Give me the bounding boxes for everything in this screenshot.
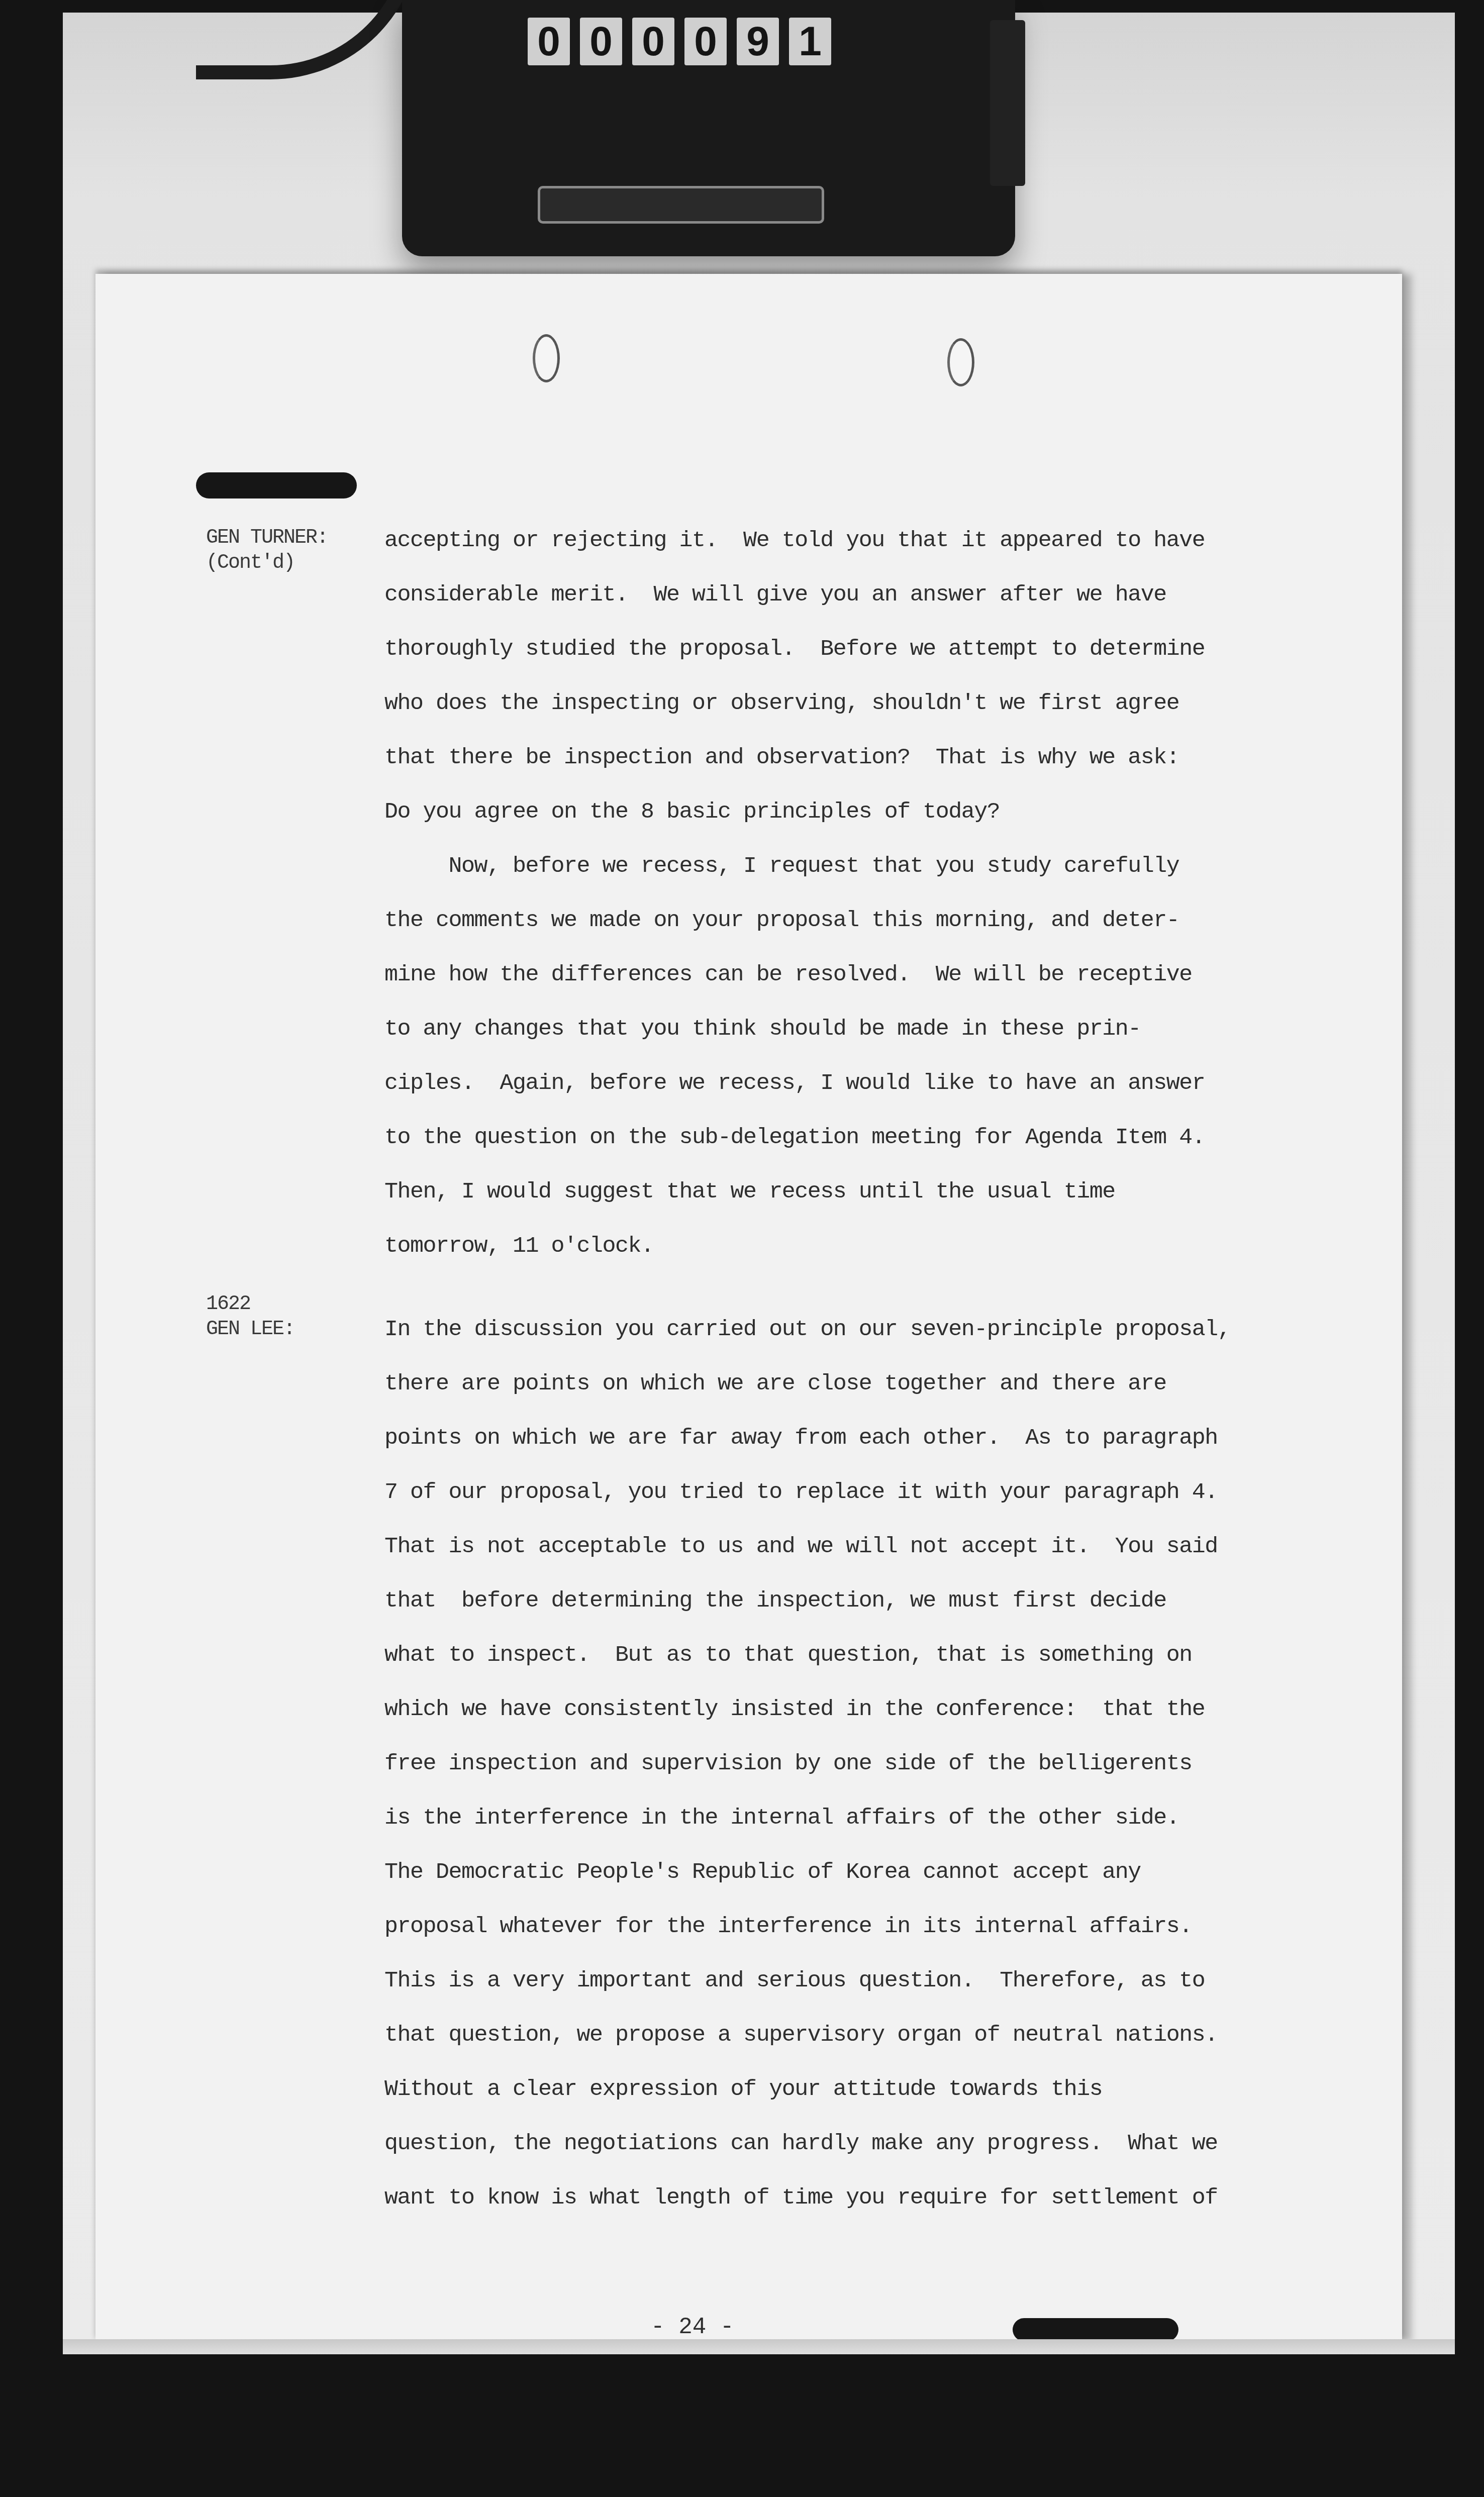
- timestamp-label: 1622: [206, 1291, 250, 1318]
- punch-hole-icon: [947, 338, 974, 386]
- text-line: tomorrow, 11 o'clock.: [384, 1233, 654, 1259]
- text-line: The Democratic People's Republic of Kore…: [384, 1859, 1141, 1885]
- document-page: GEN TURNER: (Cont'd) accepting or reject…: [95, 274, 1402, 2342]
- text-line: accepting or rejecting it. We told you t…: [384, 528, 1205, 553]
- speaker-label-lee: GEN LEE:: [206, 1317, 294, 1343]
- text-line: considerable merit. We will give you an …: [384, 582, 1166, 608]
- counter-digit: 9: [737, 18, 779, 65]
- page-bottom-shadow: [63, 2339, 1455, 2354]
- text-line: mine how the differences can be resolved…: [384, 962, 1192, 987]
- text-line: that before determining the inspection, …: [384, 1588, 1166, 1614]
- text-line: Without a clear expression of your attit…: [384, 2076, 1102, 2102]
- counter-digit: 0: [528, 18, 570, 65]
- counter-digit: 0: [580, 18, 622, 65]
- counter-digit: 0: [632, 18, 674, 65]
- text-line: want to know is what length of time you …: [384, 2185, 1218, 2211]
- text-line: is the interference in the internal affa…: [384, 1805, 1179, 1831]
- punch-hole-icon: [533, 334, 560, 382]
- text-line: what to inspect. But as to that question…: [384, 1642, 1192, 1668]
- counter-digit: 1: [789, 18, 831, 65]
- text-line: thoroughly studied the proposal. Before …: [384, 636, 1205, 662]
- text-line: the comments we made on your proposal th…: [384, 908, 1179, 933]
- text-line: question, the negotiations can hardly ma…: [384, 2131, 1218, 2156]
- text-line: to the question on the sub-delegation me…: [384, 1125, 1205, 1150]
- text-line: That is not acceptable to us and we will…: [384, 1534, 1218, 1559]
- page-number: - 24 -: [651, 2314, 734, 2340]
- counter-nameplate: [538, 186, 824, 224]
- frame-counter-digits: 0 0 0 0 9 1: [528, 18, 831, 65]
- text-line: In the discussion you carried out on our…: [384, 1317, 1230, 1342]
- redaction-mark: [1013, 2318, 1178, 2341]
- counter-side-bracket: [990, 20, 1025, 186]
- text-line: who does the inspecting or observing, sh…: [384, 690, 1179, 716]
- text-line: to any changes that you think should be …: [384, 1016, 1141, 1042]
- text-line: Then, I would suggest that we recess unt…: [384, 1179, 1115, 1205]
- text-line: Now, before we recess, I request that yo…: [384, 853, 1179, 879]
- text-line: 7 of our proposal, you tried to replace …: [384, 1479, 1218, 1505]
- redaction-mark: [196, 472, 357, 498]
- text-line: that question, we propose a supervisory …: [384, 2022, 1218, 2048]
- text-line: Do you agree on the 8 basic principles o…: [384, 799, 1000, 825]
- text-line: proposal whatever for the interference i…: [384, 1914, 1192, 1939]
- text-line: which we have consistently insisted in t…: [384, 1696, 1205, 1722]
- speaker-contd: (Cont'd): [206, 550, 294, 576]
- speaker-label-turner: GEN TURNER:: [206, 525, 328, 551]
- frame-counter-device: 0 0 0 0 9 1: [402, 0, 1015, 256]
- text-line: points on which we are far away from eac…: [384, 1425, 1218, 1451]
- text-line: ciples. Again, before we recess, I would…: [384, 1070, 1205, 1096]
- text-line: This is a very important and serious que…: [384, 1968, 1205, 1993]
- text-line: there are points on which we are close t…: [384, 1371, 1166, 1396]
- text-line: that there be inspection and observation…: [384, 745, 1179, 770]
- text-line: free inspection and supervision by one s…: [384, 1751, 1192, 1776]
- counter-digit: 0: [684, 18, 727, 65]
